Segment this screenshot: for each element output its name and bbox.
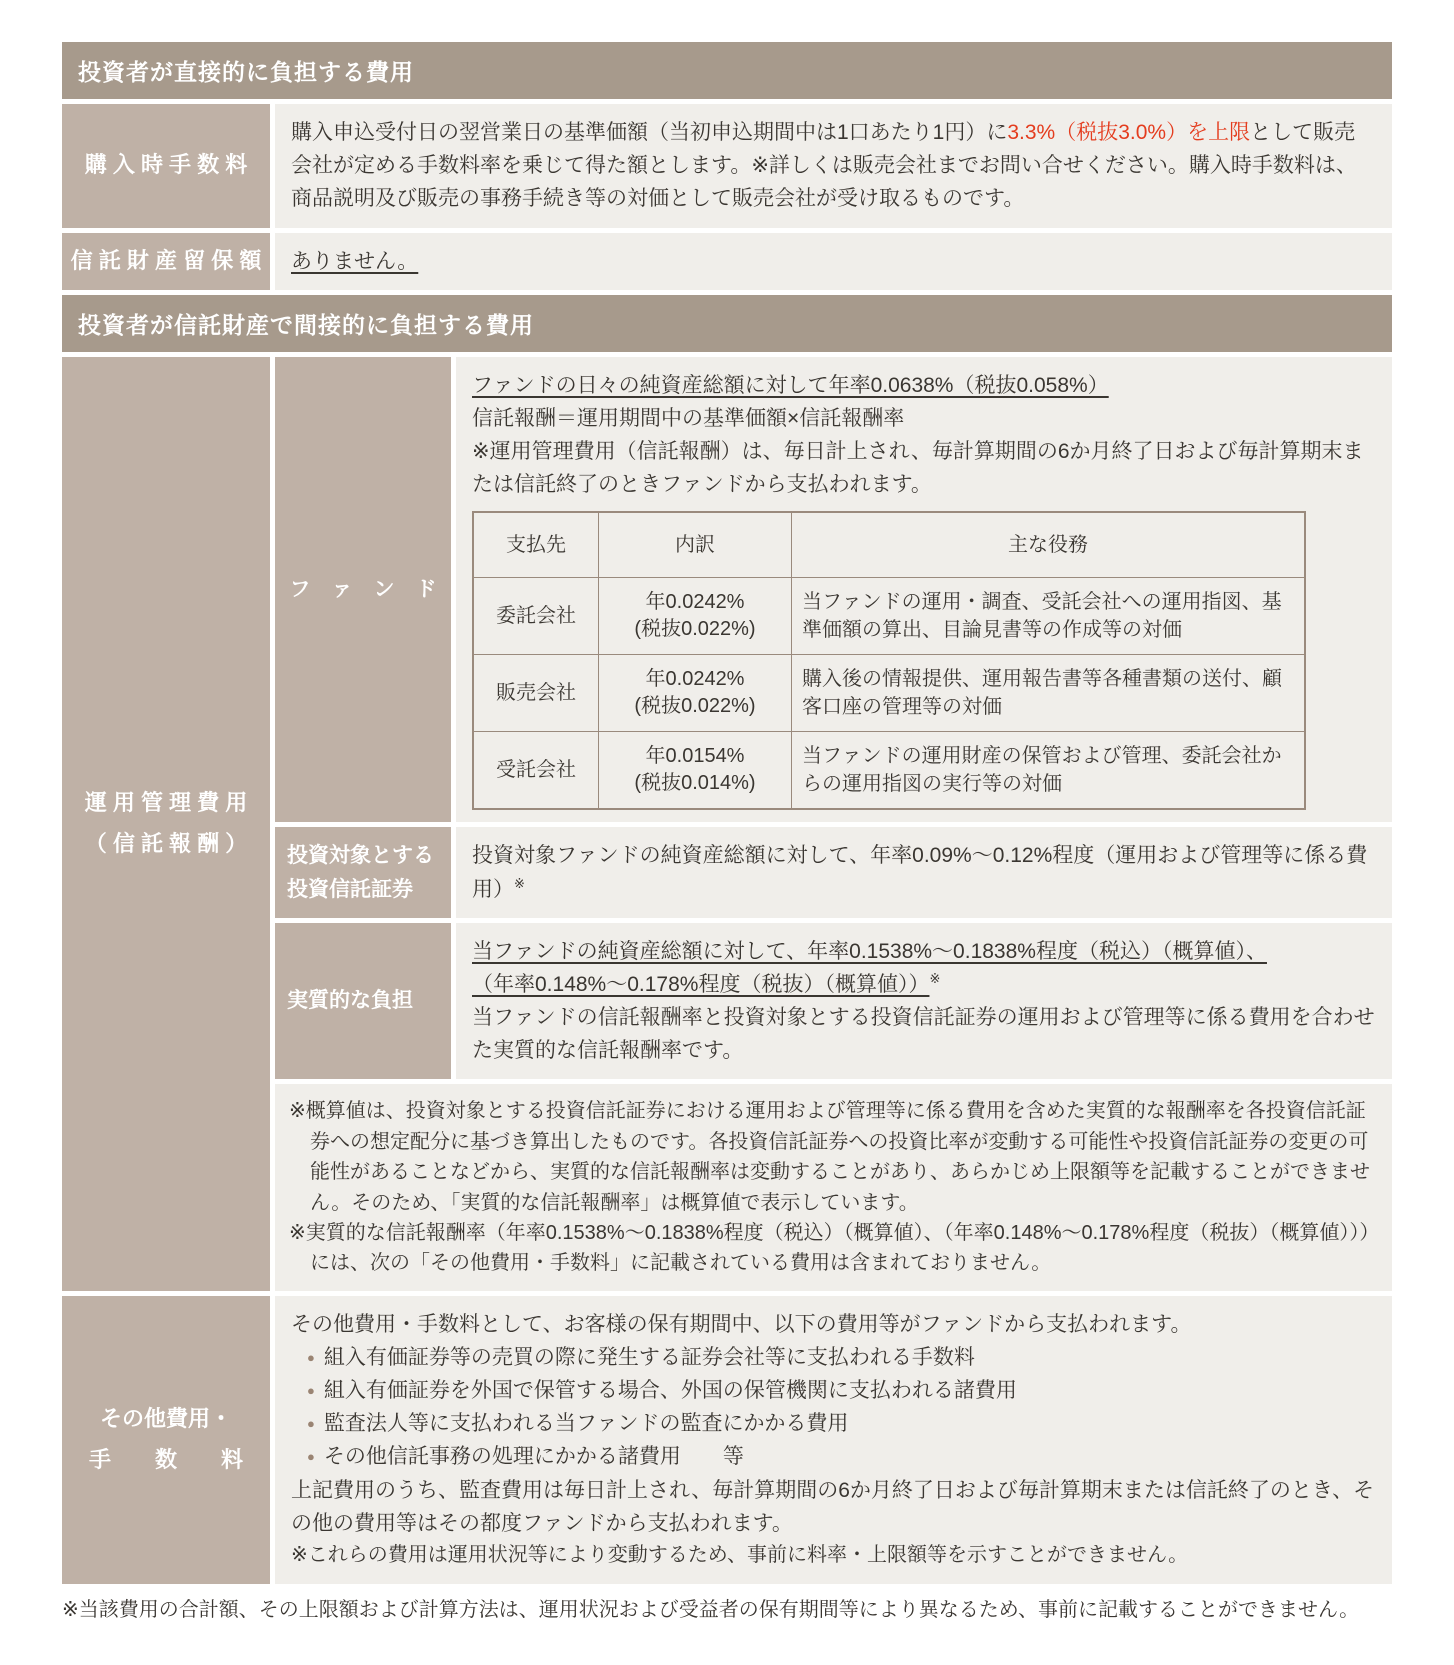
management-fee-label: 運 用 管 理 費 用 （ 信 託 報 酬 ）: [62, 357, 270, 1291]
effective-burden-sublabel: 実質的な負担: [275, 923, 451, 1080]
fee-breakdown-table: 支払先 内訳 主な役務 委託会社 年0.0242% (税抜0.022%): [472, 511, 1306, 810]
fee-table-payee: 受託会社: [473, 732, 599, 810]
management-fee-subrows: フ ァ ン ド ファンドの日々の純資産総額に対して年率0.0638%（税抜0.0…: [275, 357, 1392, 1291]
other-fees-bullet-2: ● 組入有価証券を外国で保管する場合、外国の保管機関に支払われる諸費用: [307, 1374, 1376, 1407]
fee-table-role: 当ファンドの運用財産の保管および管理、委託会社からの運用指図の実行等の対価: [792, 732, 1306, 810]
management-fee-note-1: ※概算値は、投資対象とする投資信託証券における運用および管理等に係る費用を含めた…: [289, 1096, 1378, 1218]
target-funds-text: 投資対象ファンドの純資産総額に対して、年率0.09%～0.12%程度（運用および…: [472, 839, 1376, 905]
other-fees-note: ※これらの費用は運用状況等により変動するため、事前に料率・上限額等を示すことがで…: [291, 1540, 1376, 1572]
fund-sublabel: フ ァ ン ド: [275, 357, 451, 823]
other-fees-bullet-3: ● 監査法人等に支払われる当ファンドの監査にかかる費用: [307, 1407, 1376, 1440]
fund-rate-underlined: ファンドの日々の純資産総額に対して年率0.0638%（税抜0.058%）: [472, 374, 1109, 397]
fee-table-row-hanbai: 販売会社 年0.0242% (税抜0.022%) 購入後の情報提供、運用報告書等…: [473, 655, 1305, 732]
reference-mark: ※: [514, 876, 525, 891]
purchase-fee-row: 購 入 時 手 数 料 購入申込受付日の翌営業日の基準価額（当初申込期間中は1口…: [62, 104, 1392, 228]
bullet-icon: ●: [307, 1440, 315, 1473]
purchase-fee-content: 購入申込受付日の翌営業日の基準価額（当初申込期間中は1口あたり1円）に3.3%（…: [275, 104, 1392, 228]
retention-amount-content: ありません。: [275, 233, 1392, 290]
effective-burden-body: 当ファンドの信託報酬率と投資対象とする投資信託証券の運用および管理等に係る費用を…: [472, 1001, 1376, 1067]
effective-rate-line2: （年率0.148%～0.178%程度（税抜）（概算値））: [472, 973, 929, 996]
other-fees-row: その他費用・ 手 数 料 その他費用・手数料として、お客様の保有期間中、以下の費…: [62, 1296, 1392, 1584]
target-funds-content: 投資対象ファンドの純資産総額に対して、年率0.09%～0.12%程度（運用および…: [456, 827, 1392, 917]
fund-content: ファンドの日々の純資産総額に対して年率0.0638%（税抜0.058%） 信託報…: [456, 357, 1392, 823]
fee-table-role: 購入後の情報提供、運用報告書等各種書類の送付、顧客口座の管理等の対価: [792, 655, 1306, 732]
purchase-fee-rate-red: 3.3%（税抜3.0%）を上限: [1007, 121, 1250, 144]
fee-table-rate: 年0.0242% (税抜0.022%): [599, 578, 792, 655]
fund-note: ※運用管理費用（信託報酬）は、毎日計上され、毎計算期間の6か月終了日および毎計算…: [472, 435, 1376, 501]
retention-amount-row: 信 託 財 産 留 保 額 ありません。: [62, 233, 1392, 290]
fund-subrow: フ ァ ン ド ファンドの日々の純資産総額に対して年率0.0638%（税抜0.0…: [275, 357, 1392, 823]
fee-table-payee: 委託会社: [473, 578, 599, 655]
fee-table-row-itaku: 委託会社 年0.0242% (税抜0.022%) 当ファンドの運用・調査、受託会…: [473, 578, 1305, 655]
other-fees-label: その他費用・ 手 数 料: [62, 1296, 270, 1584]
bullet-icon: ●: [307, 1407, 315, 1440]
fee-table-page: 投資者が直接的に負担する費用 購 入 時 手 数 料 購入申込受付日の翌営業日の…: [62, 42, 1392, 1622]
fee-table-row-jutaku: 受託会社 年0.0154% (税抜0.014%) 当ファンドの運用財産の保管およ…: [473, 732, 1305, 810]
purchase-fee-label: 購 入 時 手 数 料: [62, 104, 270, 228]
bullet-icon: ●: [307, 1341, 315, 1374]
effective-burden-content: 当ファンドの純資産総額に対して、年率0.1538%～0.1838%程度（税込）（…: [456, 923, 1392, 1080]
other-fees-content: その他費用・手数料として、お客様の保有期間中、以下の費用等がファンドから支払われ…: [275, 1296, 1392, 1584]
page-footnote: ※当該費用の合計額、その上限額および計算方法は、運用状況および受益者の保有期間等…: [62, 1589, 1392, 1622]
management-fee-notes: ※概算値は、投資対象とする投資信託証券における運用および管理等に係る費用を含めた…: [275, 1084, 1392, 1290]
target-funds-subrow: 投資対象とする 投資信託証券 投資対象ファンドの純資産総額に対して、年率0.09…: [275, 827, 1392, 917]
fee-table-header-row: 支払先 内訳 主な役務: [473, 512, 1305, 578]
effective-rate-line1: 当ファンドの純資産総額に対して、年率0.1538%～0.1838%程度（税込）（…: [472, 940, 1267, 963]
other-fees-bullet-4: ● その他信託事務の処理にかかる諸費用 等: [307, 1440, 1376, 1473]
section-header-indirect-costs: 投資者が信託財産で間接的に負担する費用: [62, 295, 1392, 352]
fee-table-header-role: 主な役務: [792, 512, 1306, 578]
other-fees-bullet-1: ● 組入有価証券等の売買の際に発生する証券会社等に支払われる手数料: [307, 1341, 1376, 1374]
bullet-icon: ●: [307, 1374, 315, 1407]
retention-amount-label: 信 託 財 産 留 保 額: [62, 233, 270, 290]
other-fees-body: 上記費用のうち、監査費用は毎日計上され、毎計算期間の6か月終了日および毎計算期末…: [291, 1474, 1376, 1540]
fee-table-role: 当ファンドの運用・調査、受託会社への運用指図、基準価額の算出、目論見書等の作成等…: [792, 578, 1306, 655]
fee-table-payee: 販売会社: [473, 655, 599, 732]
fee-table-header-breakdown: 内訳: [599, 512, 792, 578]
other-fees-intro: その他費用・手数料として、お客様の保有期間中、以下の費用等がファンドから支払われ…: [291, 1308, 1376, 1341]
effective-burden-subrow: 実質的な負担 当ファンドの純資産総額に対して、年率0.1538%～0.1838%…: [275, 923, 1392, 1080]
management-fee-row: 運 用 管 理 費 用 （ 信 託 報 酬 ） フ ァ ン ド ファンドの日々の…: [62, 357, 1392, 1291]
fee-table-rate: 年0.0242% (税抜0.022%): [599, 655, 792, 732]
fund-formula: 信託報酬＝運用期間中の基準価額×信託報酬率: [472, 402, 1376, 435]
management-fee-note-2: ※実質的な信託報酬率（年率0.1538%～0.1838%程度（税込）（概算値）、…: [289, 1218, 1378, 1279]
purchase-fee-text: 購入申込受付日の翌営業日の基準価額（当初申込期間中は1口あたり1円）に3.3%（…: [291, 116, 1376, 216]
reference-mark: ※: [929, 971, 940, 986]
fee-table-rate: 年0.0154% (税抜0.014%): [599, 732, 792, 810]
section-header-direct-costs: 投資者が直接的に負担する費用: [62, 42, 1392, 99]
target-funds-sublabel: 投資対象とする 投資信託証券: [275, 827, 451, 917]
retention-amount-value: ありません。: [291, 250, 418, 273]
fee-table-header-payee: 支払先: [473, 512, 599, 578]
